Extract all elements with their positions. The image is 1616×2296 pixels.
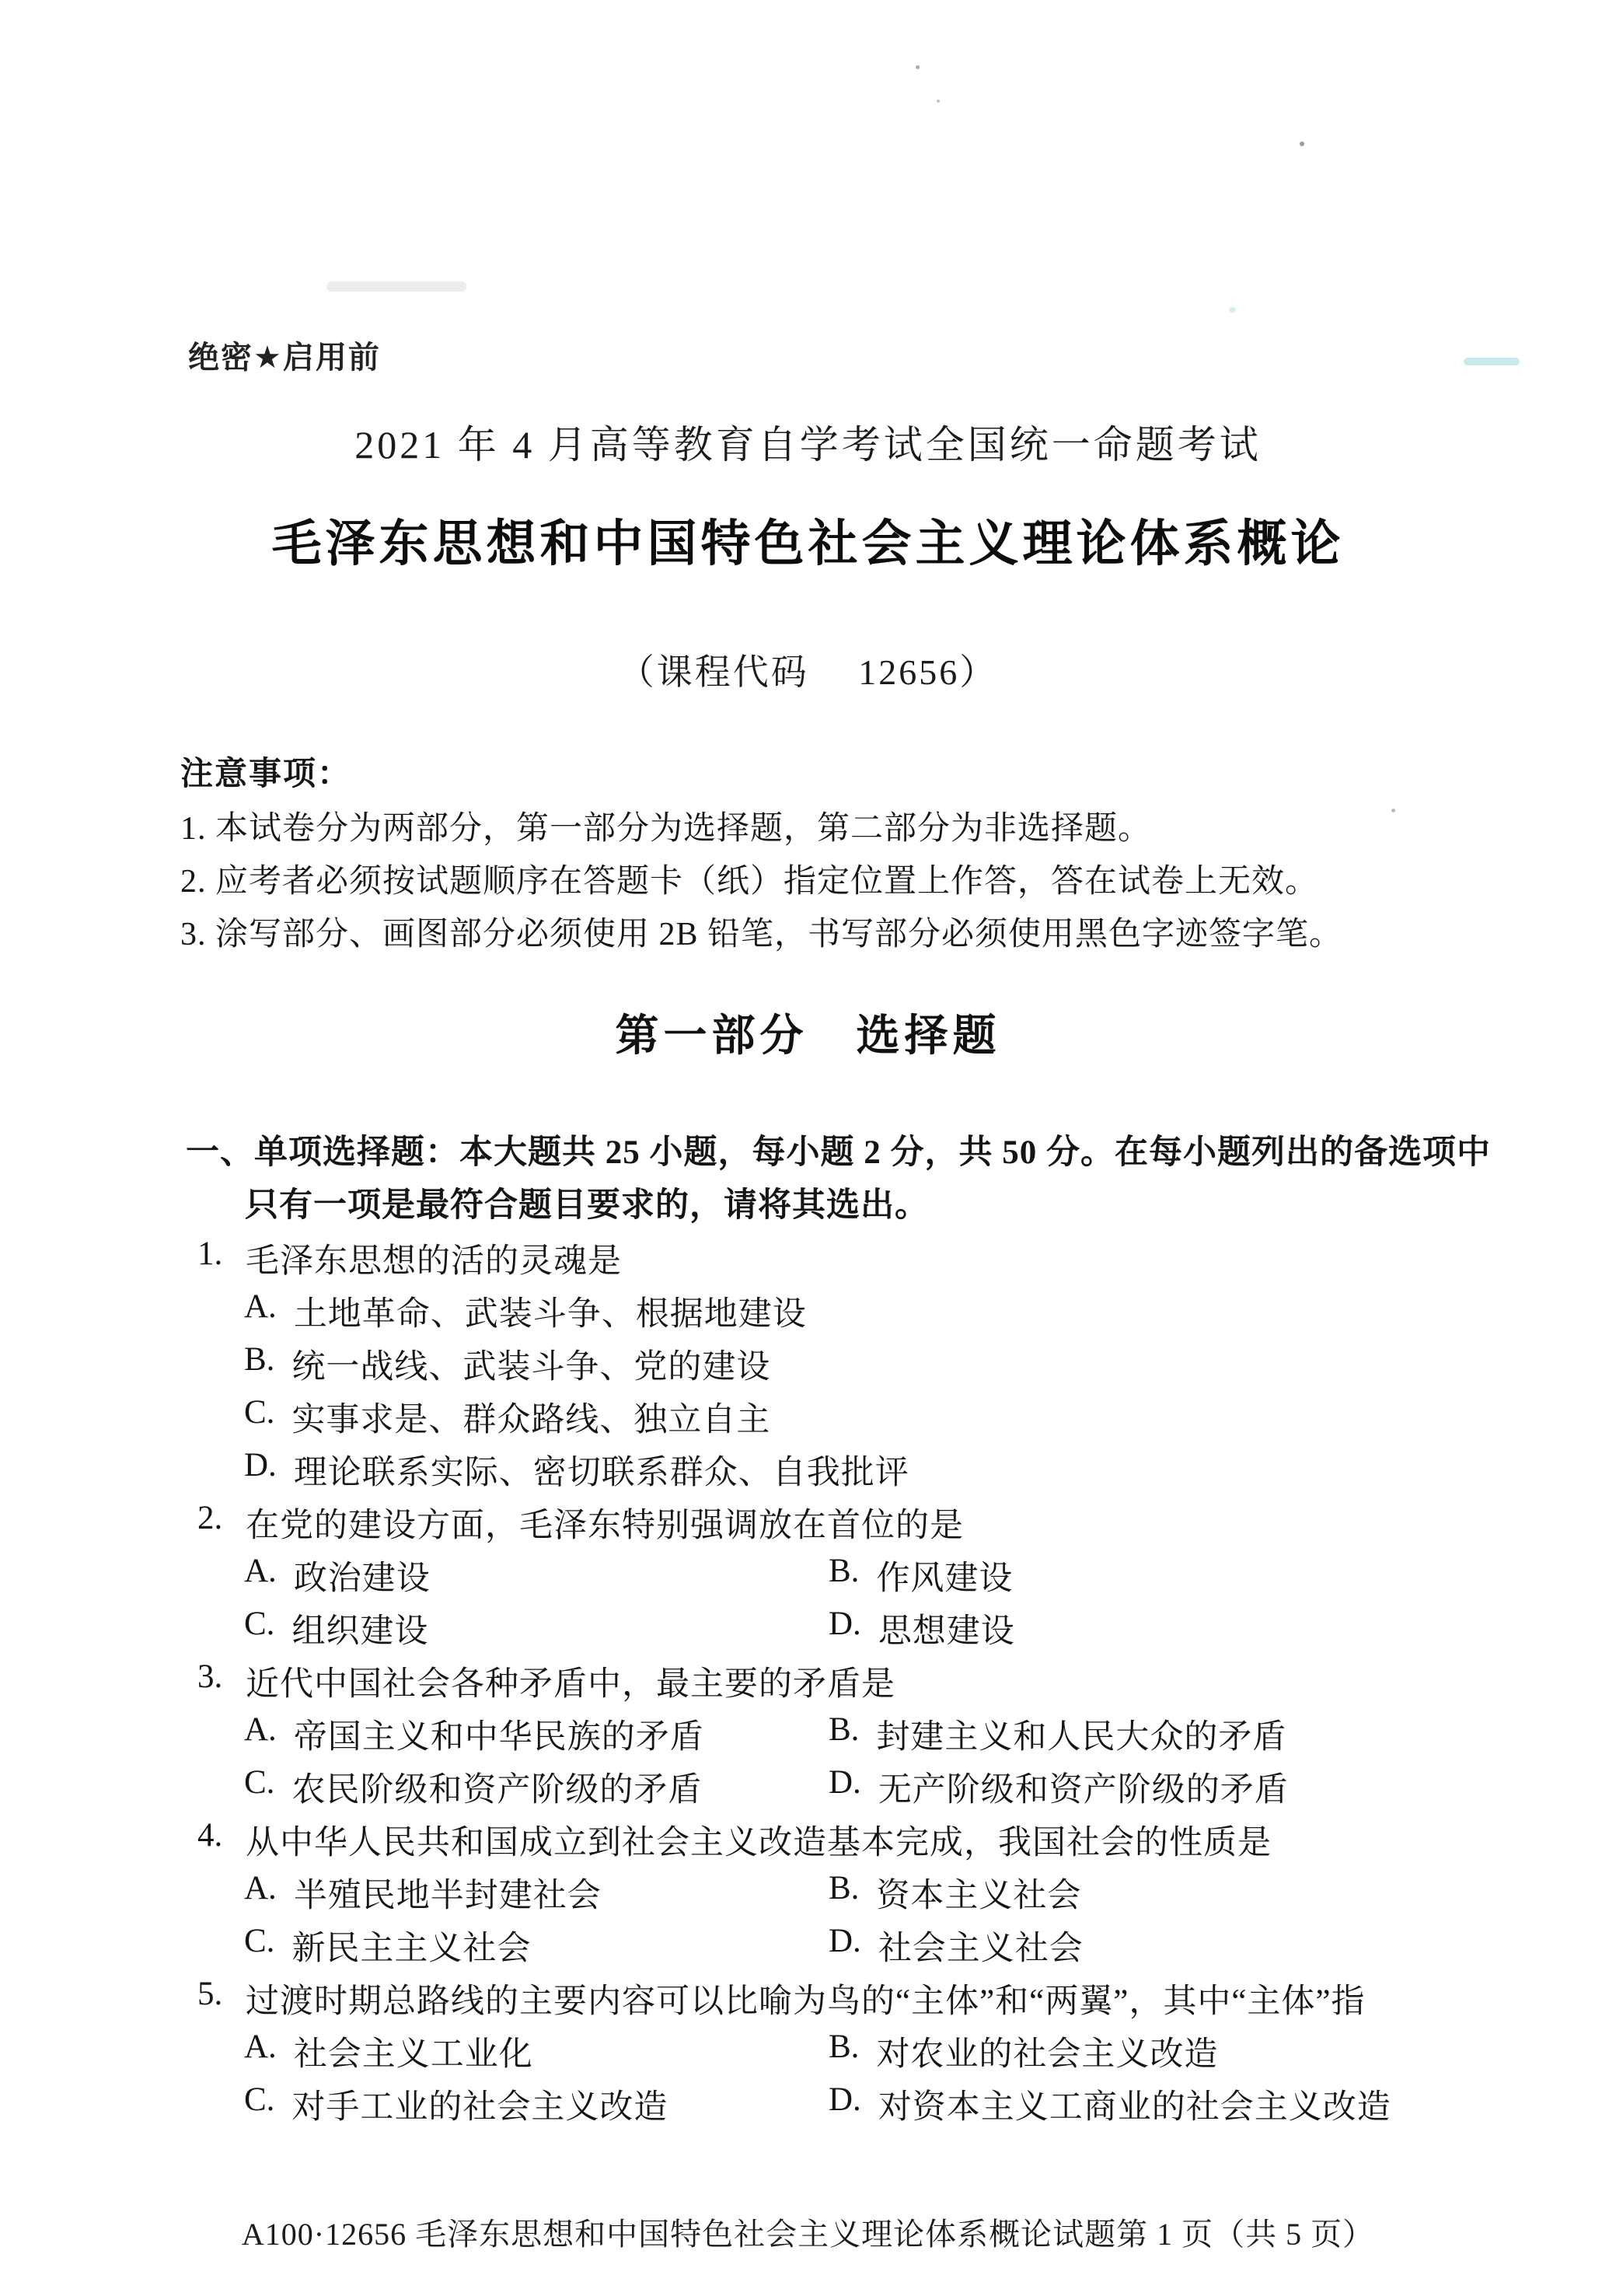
option-b: B. 统一战线、武装斗争、党的建设 [244, 1340, 770, 1388]
option-d: D. 思想建设 [829, 1605, 1015, 1652]
security-classification: 绝密★启用前 [188, 333, 381, 377]
option-d: D. 社会主义社会 [829, 1922, 1084, 1969]
scan-artifact [326, 281, 466, 292]
option-c: C. 农民阶级和资产阶级的矛盾 [244, 1763, 702, 1811]
option-d: D. 对资本主义工商业的社会主义改造 [829, 2081, 1391, 2128]
option-c: C. 实事求是、群众路线、独立自主 [244, 1393, 770, 1441]
option-a: A. 政治建设 [244, 1552, 431, 1599]
option-c: C. 对手工业的社会主义改造 [244, 2081, 668, 2128]
question-stem: 4. 从中华人民共和国成立到社会主义改造基本完成，我国社会的性质是 [197, 1816, 1272, 1864]
option-d: D. 无产阶级和资产阶级的矛盾 [829, 1763, 1289, 1811]
option-d: D. 理论联系实际、密切联系群众、自我批评 [244, 1446, 909, 1494]
option-b: B. 资本主义社会 [829, 1869, 1081, 1917]
part1-heading: 第一部分 选择题 [0, 1001, 1616, 1064]
question-number: 3. [197, 1658, 246, 1705]
notice-item-1: 1. 本试卷分为两部分，第一部分为选择题，第二部分为非选择题。 [180, 802, 1151, 849]
question-stem: 3. 近代中国社会各种矛盾中，最主要的矛盾是 [197, 1658, 895, 1705]
option-b: B. 对农业的社会主义改造 [829, 2028, 1218, 2075]
scan-artifact [937, 100, 940, 103]
option-c: C. 组织建设 [244, 1605, 428, 1652]
scan-artifact [1464, 358, 1520, 365]
question-stem: 1. 毛泽东思想的活的灵魂是 [197, 1235, 622, 1282]
option-a: A. 社会主义工业化 [244, 2028, 533, 2075]
option-a: A. 帝国主义和中华民族的矛盾 [244, 1711, 704, 1758]
notice-title: 注意事项： [180, 748, 351, 795]
option-a: A. 半殖民地半封建社会 [244, 1869, 602, 1917]
option-b: B. 作风建设 [829, 1552, 1013, 1599]
question-number: 4. [197, 1816, 246, 1864]
option-c: C. 新民主主义社会 [244, 1922, 531, 1969]
section-instruction-line1: 一、单项选择题：本大题共 25 小题，每小题 2 分，共 50 分。在每小题列出… [186, 1126, 1468, 1173]
scan-artifact [1229, 307, 1236, 313]
question-stem: 2. 在党的建设方面，毛泽东特别强调放在首位的是 [197, 1499, 964, 1546]
course-title: 毛泽东思想和中国特色社会主义理论体系概论 [0, 504, 1616, 575]
page-footer: A100·12656 毛泽东思想和中国特色社会主义理论体系概论试题第 1 页（共… [0, 2210, 1616, 2254]
option-a: A. 土地革命、武装斗争、根据地建设 [244, 1288, 807, 1335]
exam-session-title: 2021 年 4 月高等教育自学考试全国统一命题考试 [0, 414, 1616, 470]
section-instruction-line2: 只有一项是最符合题目要求的，请将其选出。 [245, 1179, 1527, 1226]
question-number: 5. [197, 1975, 246, 2022]
question-number: 2. [197, 1499, 246, 1546]
course-code-line: （课程代码 12656） [0, 644, 1616, 695]
scan-artifact [1391, 809, 1395, 813]
scan-artifact [1300, 142, 1304, 146]
notice-item-2: 2. 应考者必须按试题顺序在答题卡（纸）指定位置上作答，答在试卷上无效。 [180, 855, 1318, 902]
question-stem: 5. 过渡时期总路线的主要内容可以比喻为鸟的“主体”和“两翼”，其中“主体”指 [197, 1975, 1366, 2022]
option-b: B. 封建主义和人民大众的矛盾 [829, 1711, 1286, 1758]
notice-item-3: 3. 涂写部分、画图部分必须使用 2B 铅笔，书写部分必须使用黑色字迹签字笔。 [180, 908, 1342, 955]
scan-artifact [916, 65, 920, 69]
exam-paper-page: 绝密★启用前 2021 年 4 月高等教育自学考试全国统一命题考试 毛泽东思想和… [0, 0, 1616, 2296]
question-number: 1. [197, 1235, 246, 1282]
